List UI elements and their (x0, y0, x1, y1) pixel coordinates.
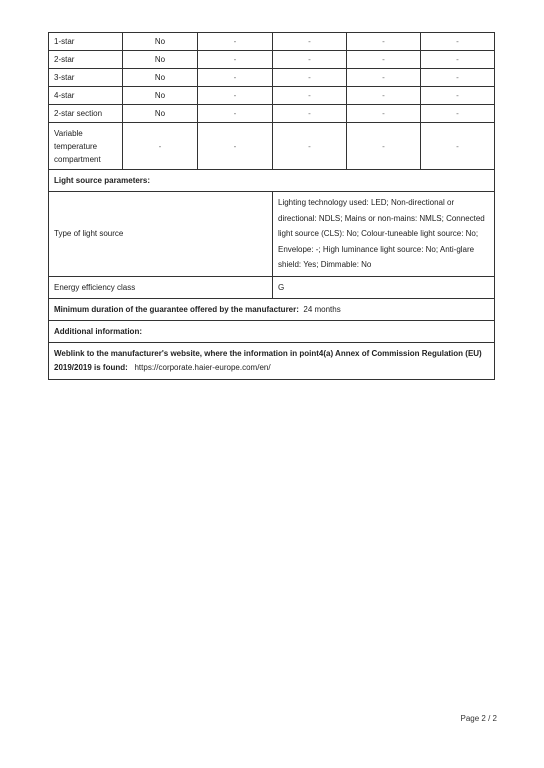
compartment-present: No (123, 87, 198, 105)
energy-class-label: Energy efficiency class (49, 276, 273, 298)
compartment-value: - (273, 87, 347, 105)
compartment-value: - (198, 51, 273, 69)
compartment-value: - (273, 123, 347, 170)
table-row: Variable temperature compartment - - - -… (49, 123, 495, 170)
compartment-value: - (347, 51, 421, 69)
light-source-heading-text: Light source parameters: (54, 176, 150, 185)
table-row: 3-star No - - - - (49, 69, 495, 87)
product-info-table: 1-star No - - - - 2-star No - - - - 3-st… (48, 32, 495, 380)
weblink-row: Weblink to the manufacturer's website, w… (49, 342, 495, 379)
compartment-value: - (347, 69, 421, 87)
compartment-name: 4-star (49, 87, 123, 105)
guarantee-label: Minimum duration of the guarantee offere… (54, 305, 299, 314)
compartment-value: - (347, 33, 421, 51)
compartment-value: - (273, 33, 347, 51)
compartment-value: - (198, 105, 273, 123)
table-row: Additional information: (49, 320, 495, 342)
light-source-type-label: Type of light source (49, 192, 273, 277)
energy-class-value: G (273, 276, 495, 298)
guarantee-value: 24 months (303, 305, 340, 314)
compartment-value: - (421, 69, 495, 87)
guarantee-row: Minimum duration of the guarantee offere… (49, 298, 495, 320)
table-row: Energy efficiency class G (49, 276, 495, 298)
compartment-name: 1-star (49, 33, 123, 51)
table-row: Weblink to the manufacturer's website, w… (49, 342, 495, 379)
compartment-name: 2-star section (49, 105, 123, 123)
table-row: 1-star No - - - - (49, 33, 495, 51)
weblink-url[interactable]: https://corporate.haier-europe.com/en/ (134, 363, 270, 372)
compartment-present: - (123, 123, 198, 170)
table-row: 2-star section No - - - - (49, 105, 495, 123)
compartment-value: - (273, 69, 347, 87)
compartment-value: - (347, 123, 421, 170)
compartment-present: No (123, 51, 198, 69)
compartment-present: No (123, 69, 198, 87)
compartment-value: - (347, 105, 421, 123)
compartment-present: No (123, 33, 198, 51)
page-number: Page 2 / 2 (461, 714, 497, 723)
compartment-value: - (421, 105, 495, 123)
compartment-value: - (347, 87, 421, 105)
table-row: Type of light source Lighting technology… (49, 192, 495, 277)
compartment-name: 2-star (49, 51, 123, 69)
compartment-value: - (198, 69, 273, 87)
additional-info-row: Additional information: (49, 320, 495, 342)
light-source-type-value: Lighting technology used: LED; Non-direc… (273, 192, 495, 277)
compartment-value: - (421, 51, 495, 69)
table-row: 2-star No - - - - (49, 51, 495, 69)
compartment-value: - (198, 87, 273, 105)
compartment-value: - (421, 33, 495, 51)
additional-info-label: Additional information: (54, 327, 142, 336)
compartment-value: - (198, 33, 273, 51)
compartment-value: - (273, 105, 347, 123)
compartment-value: - (421, 87, 495, 105)
document-page: 1-star No - - - - 2-star No - - - - 3-st… (0, 0, 544, 768)
compartment-name: Variable temperature compartment (49, 123, 123, 170)
table-row: Minimum duration of the guarantee offere… (49, 298, 495, 320)
compartment-present: No (123, 105, 198, 123)
compartment-value: - (421, 123, 495, 170)
compartment-name: 3-star (49, 69, 123, 87)
compartment-value: - (273, 51, 347, 69)
table-row: 4-star No - - - - (49, 87, 495, 105)
compartment-value: - (198, 123, 273, 170)
light-source-heading: Light source parameters: (49, 170, 495, 192)
table-row: Light source parameters: (49, 170, 495, 192)
